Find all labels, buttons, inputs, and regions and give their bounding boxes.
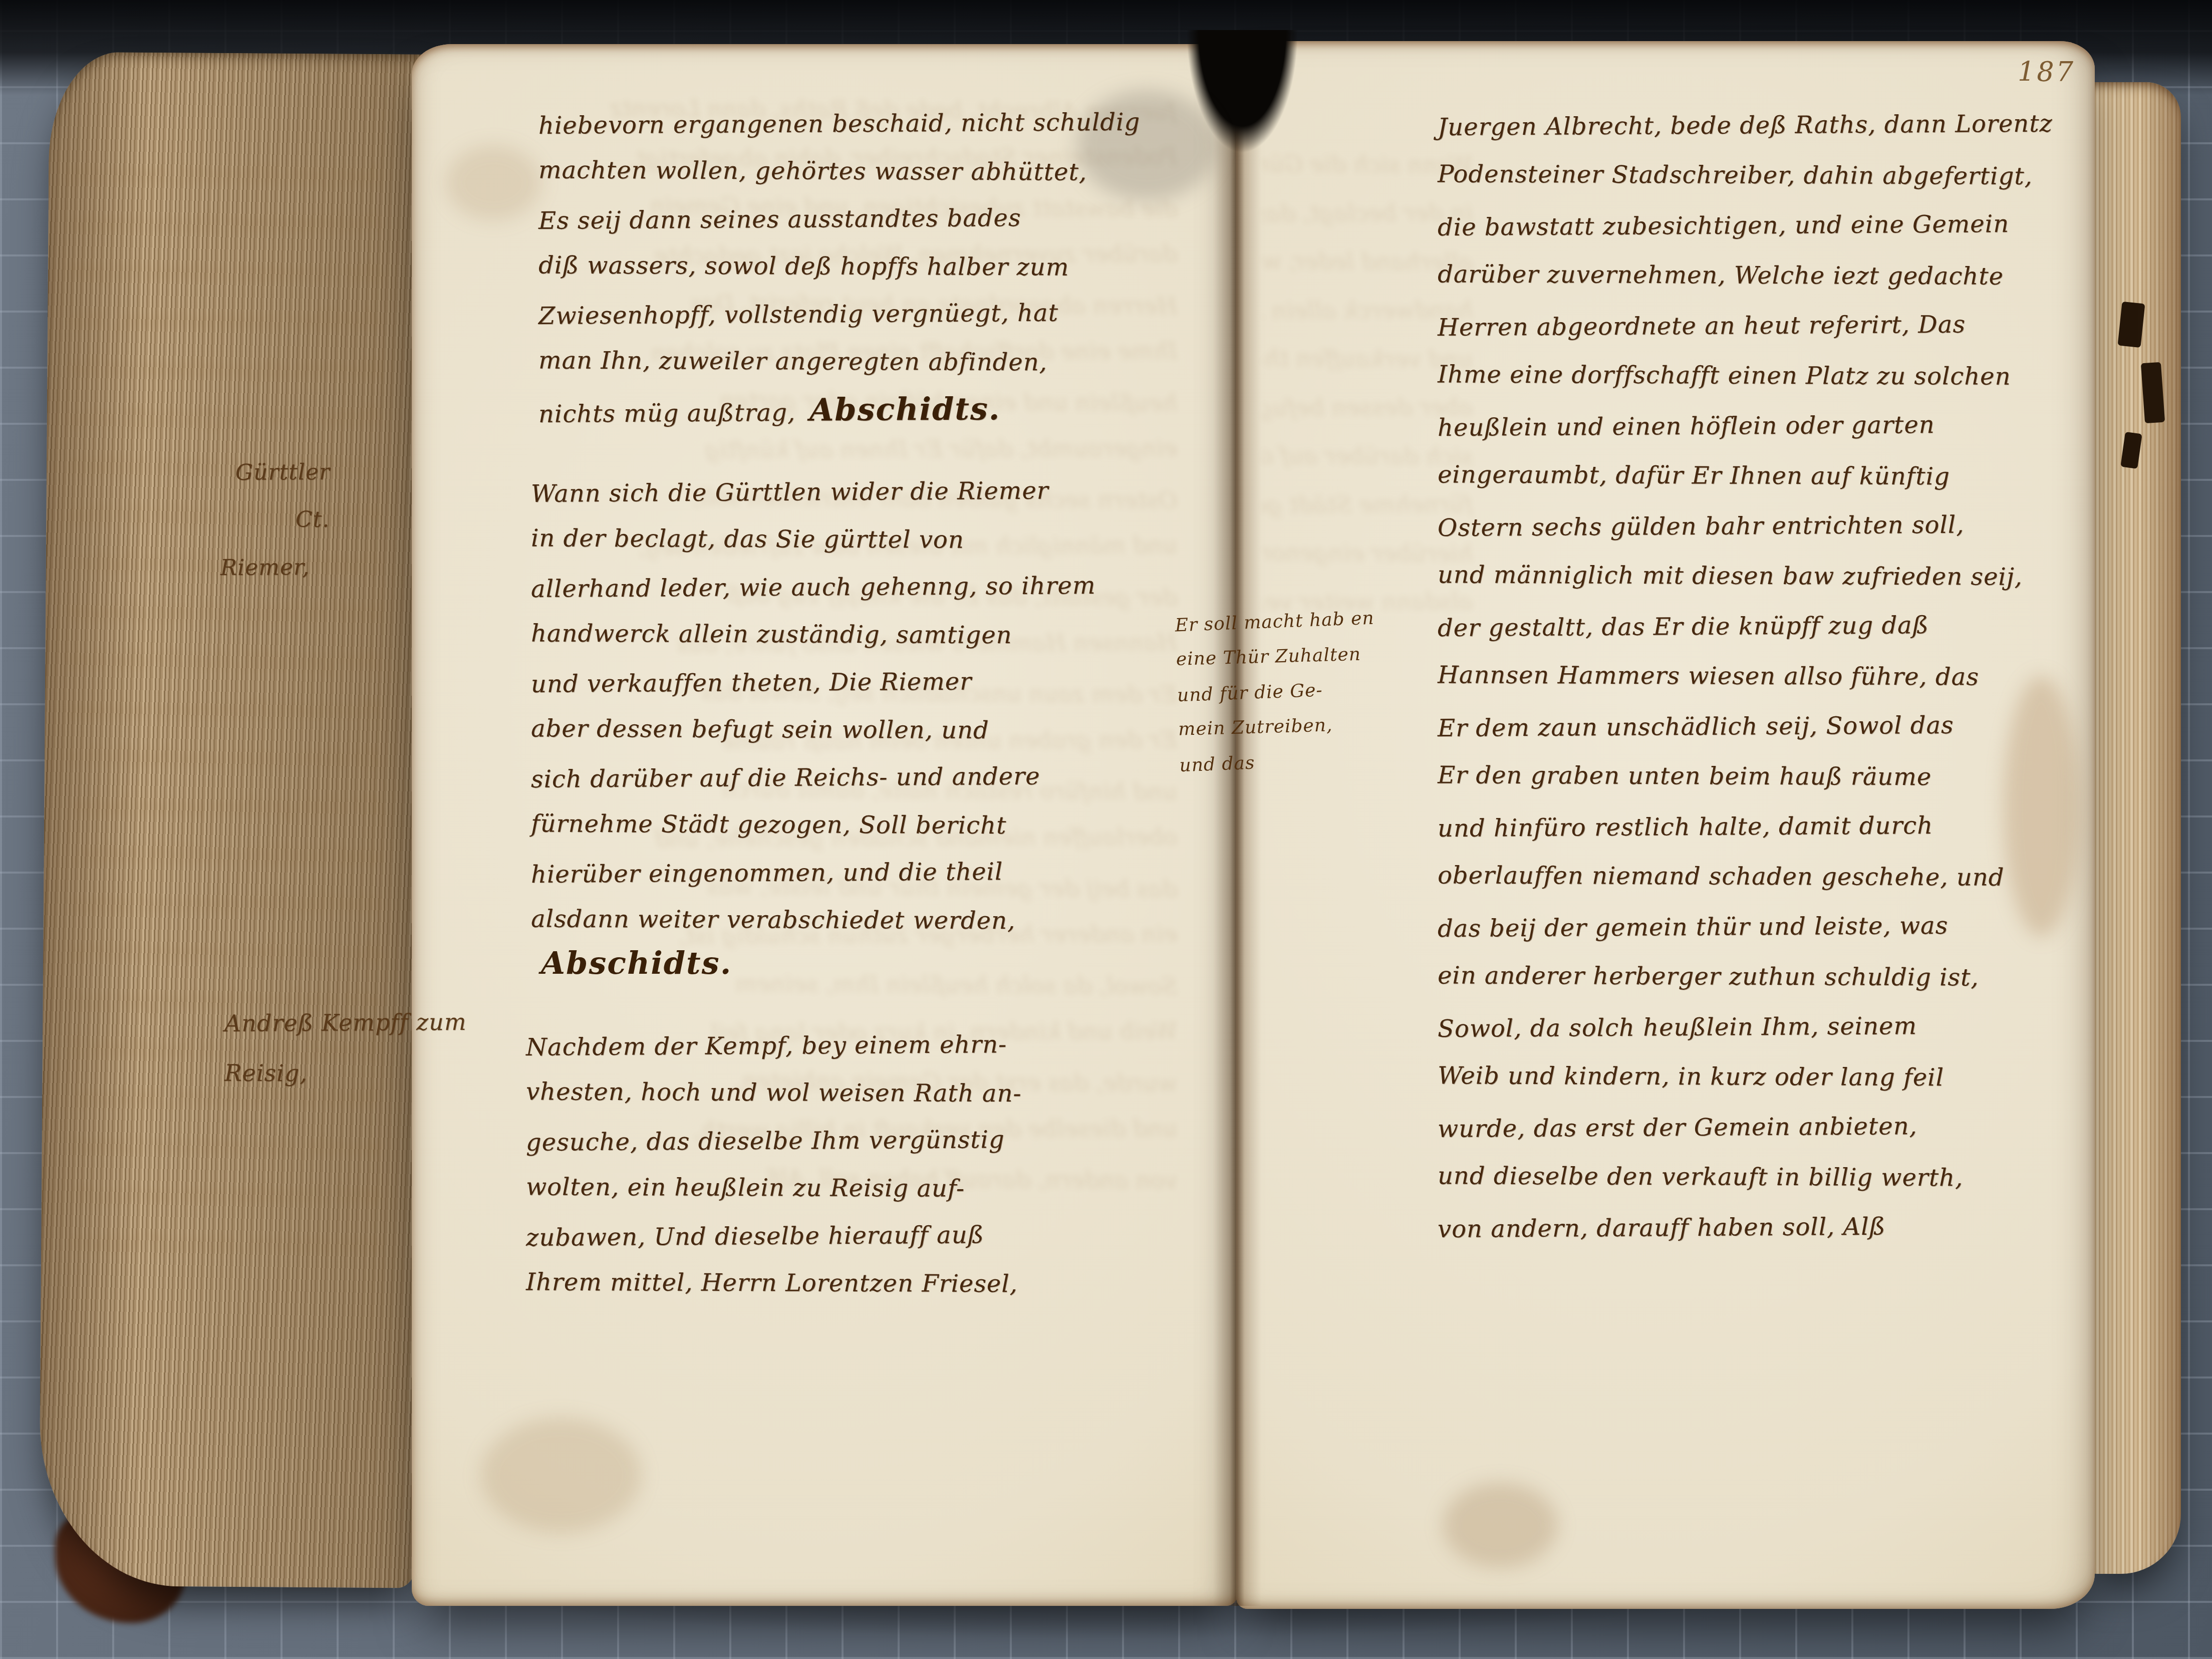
text-line: wurde, das erst der Gemein anbieten, xyxy=(1438,1100,2109,1154)
bleed-line: Er den graben unten beim hauß räume xyxy=(70,781,381,831)
fore-edge-ink-mark xyxy=(2118,302,2145,348)
margin-note-line: Reisig, xyxy=(224,1047,545,1099)
bleed-line: der gestaltt, das Er die knüpff zug daß xyxy=(70,635,381,686)
text-line: hierüber eingenommen, und die theil xyxy=(531,847,1183,899)
text-line: fürnehme Städt gezogen, Soll bericht xyxy=(531,800,1182,851)
text-line: handwerck allein zuständig, samtigen xyxy=(531,610,1182,660)
left-paragraph-1: hiebevorn ergangenen beschaid, nicht sch… xyxy=(538,100,1185,386)
text-line: Hannsen Hammers wiesen allso führe, das xyxy=(1438,650,2109,702)
bleed-line: von andern, darauff haben soll, Alß xyxy=(70,1218,381,1269)
text-line: der gestaltt, das Er die knüpff zug daß xyxy=(1438,599,2109,653)
text-line: ein anderer herberger zuthun schuldig is… xyxy=(1438,950,2109,1003)
text-line: oberlauffen niemand schaden geschehe, un… xyxy=(1438,850,2109,903)
bleed-line: Er dem zaun unschädlich seij, Sowol das xyxy=(70,732,381,783)
photo-scene: Juergen Albrecht, bede deß Raths, dann L… xyxy=(0,0,2212,1659)
left-paragraph-2: Wann sich die Gürttlen wider die Riemeri… xyxy=(531,468,1182,944)
text-line: vhesten, hoch und wol weisen Rath an- xyxy=(526,1068,1182,1118)
margin-note-guerttler-riemer: Gürttler Ct. Riemer, xyxy=(220,448,401,591)
text-line: und dieselbe den verkauft in billig wert… xyxy=(1438,1151,2109,1203)
text-line: Ihme eine dorffschafft einen Platz zu so… xyxy=(1438,349,2109,402)
text-line: Weib und kindern, in kurz oder lang feil xyxy=(1438,1050,2109,1103)
text-line: wolten, ein heußlein zu Reisig auf- xyxy=(526,1163,1182,1213)
bleed-line: und hinfüro restlich halte, damit durch xyxy=(70,829,381,880)
folio-number: 187 xyxy=(2018,56,2075,88)
text-line-segment: nichts müg außtrag, xyxy=(538,399,795,428)
bleed-line: wurde, das erst der Gemein anbieten, xyxy=(70,1121,381,1172)
text-line: diß wassers, sowol deß hopffs halber zum xyxy=(538,242,1185,292)
bleed-through-left-margin: Juergen Albrecht, bede deß Raths, dann L… xyxy=(70,150,381,1302)
verdict-word: Abschidts. xyxy=(541,939,732,987)
text-line: Podensteiner Stadschreiber, dahin abgefe… xyxy=(1438,149,2109,201)
text-line: von andern, darauff haben soll, Alß xyxy=(1438,1200,2109,1254)
text-line: Nachdem der Kempf, bey einem ehrn- xyxy=(526,1020,1183,1071)
text-line: die bawstatt zubesichtigen, und eine Gem… xyxy=(1438,198,2109,252)
bleed-line: das beij der gemein thür und leiste, was xyxy=(70,927,381,977)
bleed-line: und männiglich mit diesen baw zufrieden … xyxy=(70,587,381,637)
text-line: Zwiesenhopff, vollstendig vergnüegt, hat xyxy=(538,289,1185,340)
text-line: Sowol, da solch heußlein Ihm, seinem xyxy=(1438,1000,2109,1054)
text-line: Er dem zaun unschädlich seij, Sowol das xyxy=(1438,699,2109,753)
text-line: machten wollen, gehörtes wasser abhüttet… xyxy=(538,147,1185,197)
margin-note-line: Riemer, xyxy=(220,543,401,592)
margin-note-line: Andreß Kempff zum xyxy=(224,996,545,1049)
text-line: und hinfüro restlich halte, damit durch xyxy=(1438,799,2109,854)
text-line: Es seij dann seines ausstandtes bades xyxy=(538,193,1185,245)
right-page-body: Juergen Albrecht, bede deß Raths, dann L… xyxy=(1438,100,2109,1252)
verdict-word: Abschidts. xyxy=(795,390,1001,428)
bleed-line: Podensteiner Stadschreiber, dahin abgefe… xyxy=(70,198,381,248)
text-line: heußlein und einen höflein oder garten xyxy=(1438,399,2109,453)
margin-note-line: Gürttler xyxy=(235,448,401,496)
gutter-shadow xyxy=(1213,44,1261,1606)
text-line: Er den graben unten beim hauß räume xyxy=(1438,750,2109,802)
bleed-line: oberlauffen niemand schaden geschehe, un… xyxy=(70,879,381,928)
text-line: Ostern sechs gülden bahr entrichten soll… xyxy=(1438,499,2109,553)
stain xyxy=(1443,1483,1558,1568)
text-line: allerhand leder, wie auch gehenng, so ih… xyxy=(531,562,1183,613)
text-line: das beij der gemein thür und leiste, was xyxy=(1438,900,2109,954)
text-line: hiebevorn ergangenen beschaid, nicht sch… xyxy=(538,98,1185,150)
bleed-line: Juergen Albrecht, bede deß Raths, dann L… xyxy=(70,150,381,200)
text-line: Wann sich die Gürttlen wider die Riemer xyxy=(531,466,1183,518)
text-line: man Ihn, zuweiler angeregten abfinden, xyxy=(538,337,1185,387)
bleed-line: die bawstatt zubesichtigen, und eine Gem… xyxy=(70,246,381,297)
margin-note-line: Ct. xyxy=(296,496,401,544)
fore-edge-ink-mark xyxy=(2141,362,2165,423)
bleed-line: Hannsen Hammers wiesen allso führe, das xyxy=(70,684,381,734)
text-line: in der beclagt, das Sie gürttel von xyxy=(531,515,1182,565)
text-line: nichts müg außtrag,Abschidts. xyxy=(538,384,1185,438)
fore-edge-ink-mark xyxy=(2120,432,2142,469)
text-line: aber dessen befugt sein wollen, und xyxy=(531,705,1182,755)
text-line: alsdann weiter verabschiedet werden, xyxy=(531,896,1182,946)
text-line: Juergen Albrecht, bede deß Raths, dann L… xyxy=(1438,98,2109,152)
bleed-line: darüber zuvernehmen, Welche iezt gedacht… xyxy=(70,296,381,345)
bleed-line: Herren abgeordnete an heut referirt, Das xyxy=(70,344,381,394)
bleed-line: Ihme eine dorffschafft einen Platz zu so… xyxy=(70,393,381,442)
stain xyxy=(481,1418,641,1533)
text-line: darüber zuvernehmen, Welche iezt gedacht… xyxy=(1438,249,2109,302)
text-line: Herren abgeordnete an heut referirt, Das xyxy=(1438,299,2109,353)
text-line: gesuche, das dieselbe Ihm vergünstig xyxy=(526,1115,1183,1167)
left-paragraph-3: Nachdem der Kempf, bey einem ehrn-vheste… xyxy=(526,1022,1182,1307)
text-line: und verkauffen theten, Die Riemer xyxy=(531,657,1183,708)
text-line: eingeraumbt, dafür Er Ihnen auf künftig xyxy=(1438,449,2109,502)
stain xyxy=(446,145,541,220)
margin-note-right-page: Er soll macht hab eneine Thür Zuhaltenun… xyxy=(1175,600,1431,783)
text-line: zubawen, Und dieselbe hierauff auß xyxy=(526,1210,1183,1262)
margin-note-andress-kempff: Andreß Kempff zum Reisig, xyxy=(224,997,545,1099)
text-line: Ihrem mittel, Herrn Lorentzen Friesel, xyxy=(526,1258,1182,1308)
text-line: sich darüber auf die Reichs- und andere xyxy=(531,752,1183,803)
bleed-line: und dieselbe den verkauft in billig wert… xyxy=(70,1170,381,1220)
text-line: und männiglich mit diesen baw zufrieden … xyxy=(1438,549,2109,602)
left-paragraph-1-last-line: nichts müg außtrag,Abschidts. xyxy=(538,386,1185,436)
